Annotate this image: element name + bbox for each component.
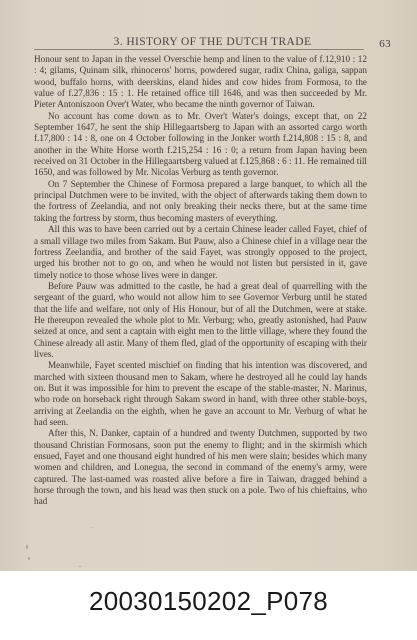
image-id-caption: 20030150202_P078 bbox=[0, 586, 417, 617]
paragraph-3: On 7 September the Chinese of Formosa pr… bbox=[34, 179, 367, 224]
header-rule bbox=[34, 49, 364, 50]
chapter-title: 3. HISTORY OF THE DUTCH TRADE bbox=[34, 36, 391, 48]
page-number: 63 bbox=[379, 38, 391, 50]
running-head: 3. HISTORY OF THE DUTCH TRADE 63 bbox=[34, 36, 391, 50]
body-text: Honour sent to Japan in the vessel Overs… bbox=[34, 54, 367, 508]
paper-speck bbox=[79, 566, 81, 567]
paragraph-2: No account has come down as to Mr. Over'… bbox=[34, 111, 367, 179]
paragraph-7: After this, N. Danker, captain of a hund… bbox=[34, 428, 367, 507]
paper-speck bbox=[26, 545, 28, 549]
paragraph-6: Meanwhile, Fayet scented mischief on fin… bbox=[34, 360, 367, 428]
paragraph-1: Honour sent to Japan in the vessel Overs… bbox=[34, 54, 367, 111]
paragraph-5: Before Pauw was admitted to the castle, … bbox=[34, 281, 367, 360]
paragraph-4: All this was to have been carried out by… bbox=[34, 224, 367, 281]
paper-speck bbox=[92, 527, 93, 528]
scanned-page: 3. HISTORY OF THE DUTCH TRADE 63 Honour … bbox=[0, 0, 417, 571]
paper-speck bbox=[28, 557, 30, 560]
